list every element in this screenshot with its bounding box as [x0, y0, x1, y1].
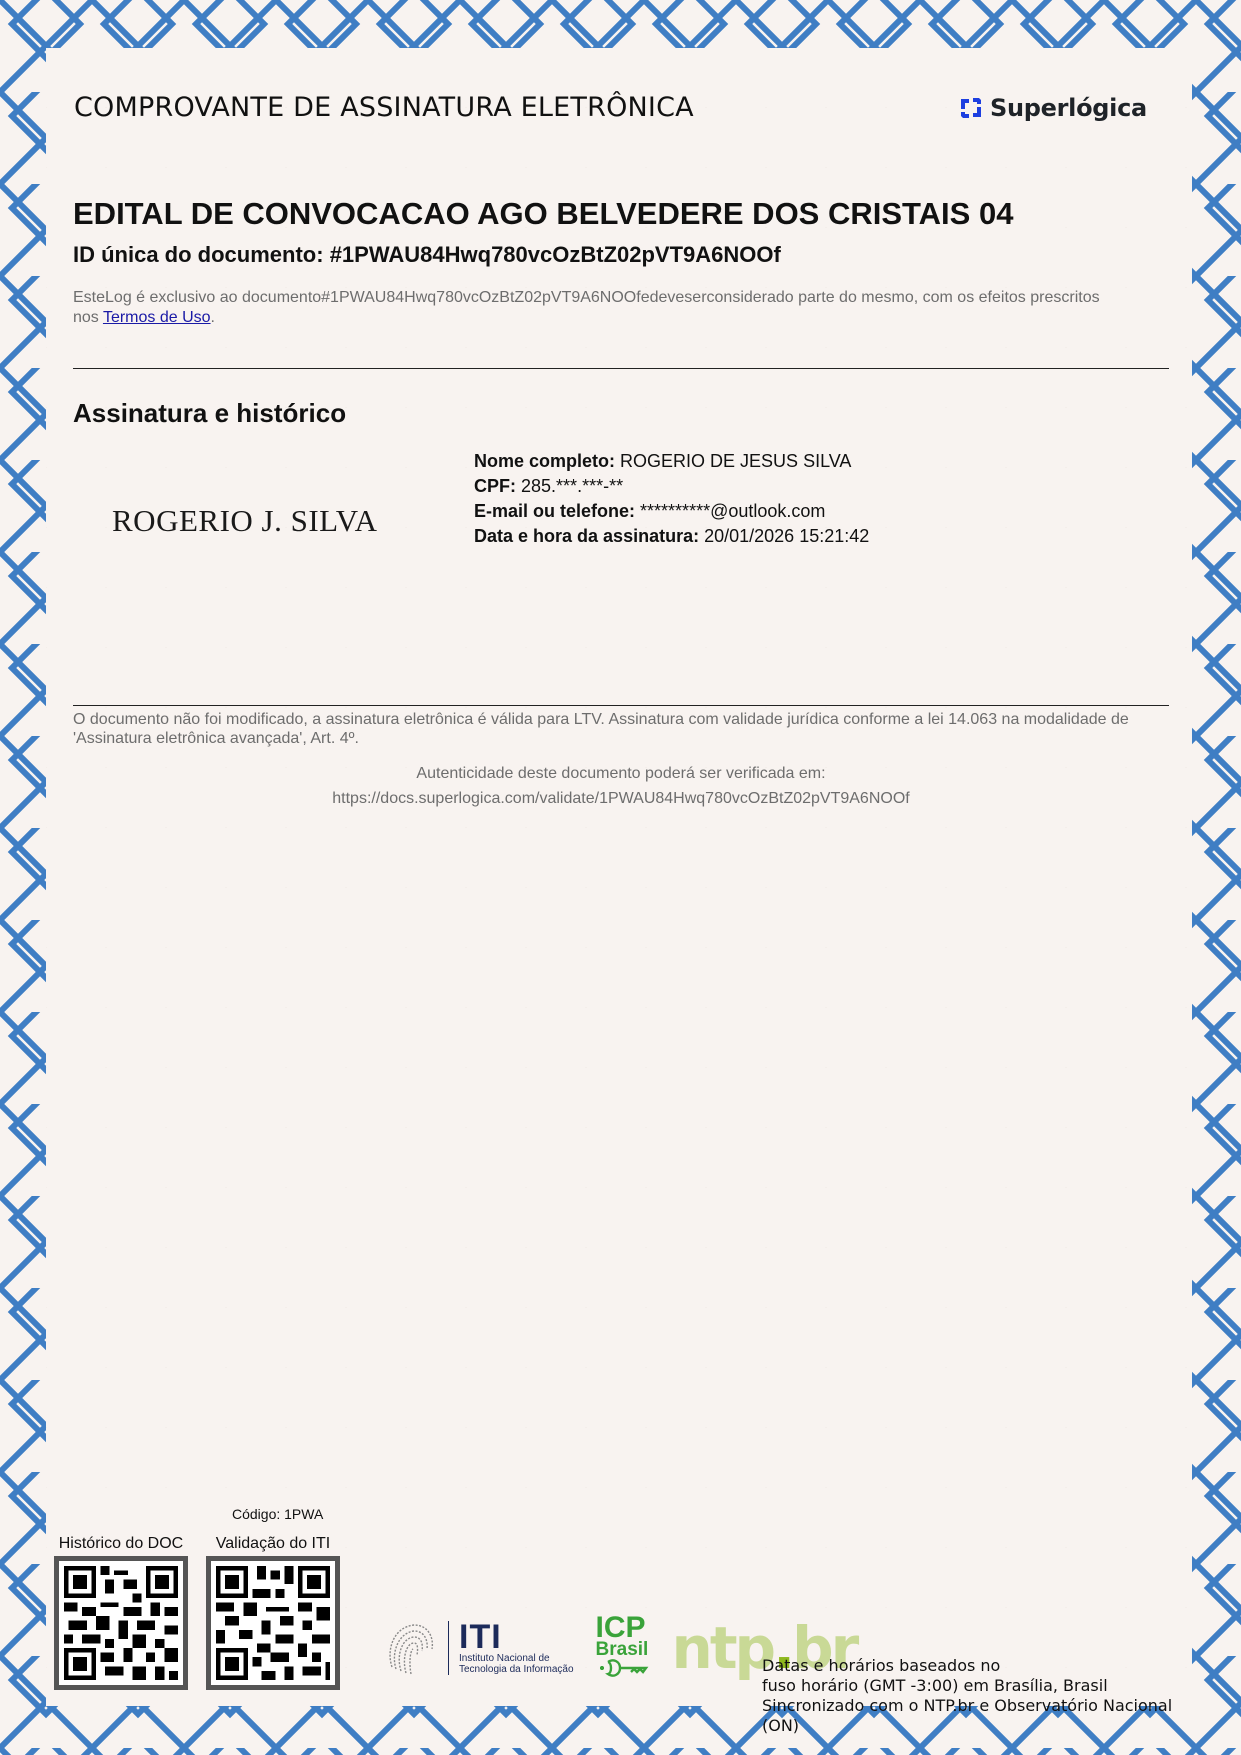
iti-subtitle-2: Tecnologia da Informação	[459, 1664, 574, 1675]
qr-code-icon	[64, 1566, 178, 1680]
icp-text: ICP	[596, 1615, 652, 1641]
brand-logo: Superlógica	[958, 94, 1147, 122]
divider	[73, 705, 1169, 706]
document-page: COMPROVANTE DE ASSINATURA ELETRÔNICA Sup…	[46, 48, 1192, 1706]
fingerprint-icon	[384, 1619, 438, 1677]
code-label: Código: 1PWA	[232, 1506, 323, 1522]
iti-subtitle-1: Instituto Nacional de	[459, 1653, 574, 1664]
document-id: ID única do documento: #1PWAU84Hwq780vcO…	[73, 242, 781, 268]
field-label: E-mail ou telefone:	[474, 501, 635, 521]
field-value: ROGERIO DE JESUS SILVA	[620, 451, 851, 471]
superlogica-logo-icon	[958, 95, 984, 121]
validity-statement: O documento não foi modificado, a assina…	[73, 710, 1173, 748]
timezone-line: fuso horário (GMT -3:00) em Brasília, Br…	[762, 1676, 1192, 1696]
terms-of-use-link[interactable]: Termos de Uso	[103, 309, 211, 326]
authenticity-block: Autenticidade deste documento poderá ser…	[73, 761, 1169, 811]
document-id-label: ID única do documento:	[73, 242, 324, 267]
timezone-line: Datas e horários baseados no	[762, 1656, 1192, 1676]
brand-name: Superlógica	[990, 94, 1147, 122]
icp-brasil-logo: ICP Brasil	[596, 1615, 652, 1682]
document-id-value: #1PWAU84Hwq780vcOzBtZ02pVT9A6NOOf	[330, 242, 781, 267]
timezone-note: Datas e horários baseados no fuso horári…	[762, 1656, 1192, 1736]
qr-history: Histórico do DOC	[54, 1535, 188, 1690]
field-label: CPF:	[474, 476, 516, 496]
signature-datetime-row: Data e hora da assinatura: 20/01/2026 15…	[474, 524, 869, 549]
document-note-text: EsteLog é exclusivo ao documento#1PWAU84…	[73, 289, 1100, 326]
field-value: **********@outlook.com	[640, 501, 825, 521]
signer-contact-row: E-mail ou telefone: **********@outlook.c…	[474, 499, 869, 524]
document-note-end: .	[211, 309, 215, 326]
field-value: 20/01/2026 15:21:42	[704, 526, 869, 546]
header-title: COMPROVANTE DE ASSINATURA ELETRÔNICA	[74, 92, 694, 123]
key-icon	[596, 1659, 652, 1677]
qr-code-icon	[216, 1566, 330, 1680]
field-label: Nome completo:	[474, 451, 615, 471]
qr-iti: Validação do ITI	[206, 1535, 340, 1690]
validation-url[interactable]: https://docs.superlogica.com/validate/1P…	[73, 786, 1169, 811]
field-label: Data e hora da assinatura:	[474, 526, 699, 546]
timezone-line: Sincronizado com o NTP.br e Observatório…	[762, 1696, 1192, 1736]
field-value: 285.***.***-**	[521, 476, 623, 496]
section-title: Assinatura e histórico	[73, 398, 346, 429]
qr-history-label: Histórico do DOC	[54, 1535, 188, 1553]
qr-code-iti[interactable]	[206, 1556, 340, 1690]
document-note: EsteLog é exclusivo ao documento#1PWAU84…	[73, 288, 1113, 328]
iti-name: ITI	[459, 1621, 574, 1653]
divider	[448, 1621, 449, 1675]
signer-cpf-row: CPF: 285.***.***-**	[474, 474, 869, 499]
qr-iti-label: Validação do ITI	[206, 1535, 340, 1553]
signer-name-row: Nome completo: ROGERIO DE JESUS SILVA	[474, 449, 869, 474]
document-title: EDITAL DE CONVOCACAO AGO BELVEDERE DOS C…	[73, 196, 1013, 232]
brasil-text: Brasil	[596, 1641, 652, 1659]
divider	[73, 368, 1169, 369]
signer-details: Nome completo: ROGERIO DE JESUS SILVA CP…	[474, 449, 869, 549]
qr-code-history[interactable]	[54, 1556, 188, 1690]
authenticity-label: Autenticidade deste documento poderá ser…	[73, 761, 1169, 786]
signature-image: ROGERIO J. SILVA	[112, 503, 378, 539]
ntp-text: ntp	[672, 1614, 774, 1682]
iti-logo: ITI Instituto Nacional de Tecnologia da …	[384, 1619, 574, 1677]
